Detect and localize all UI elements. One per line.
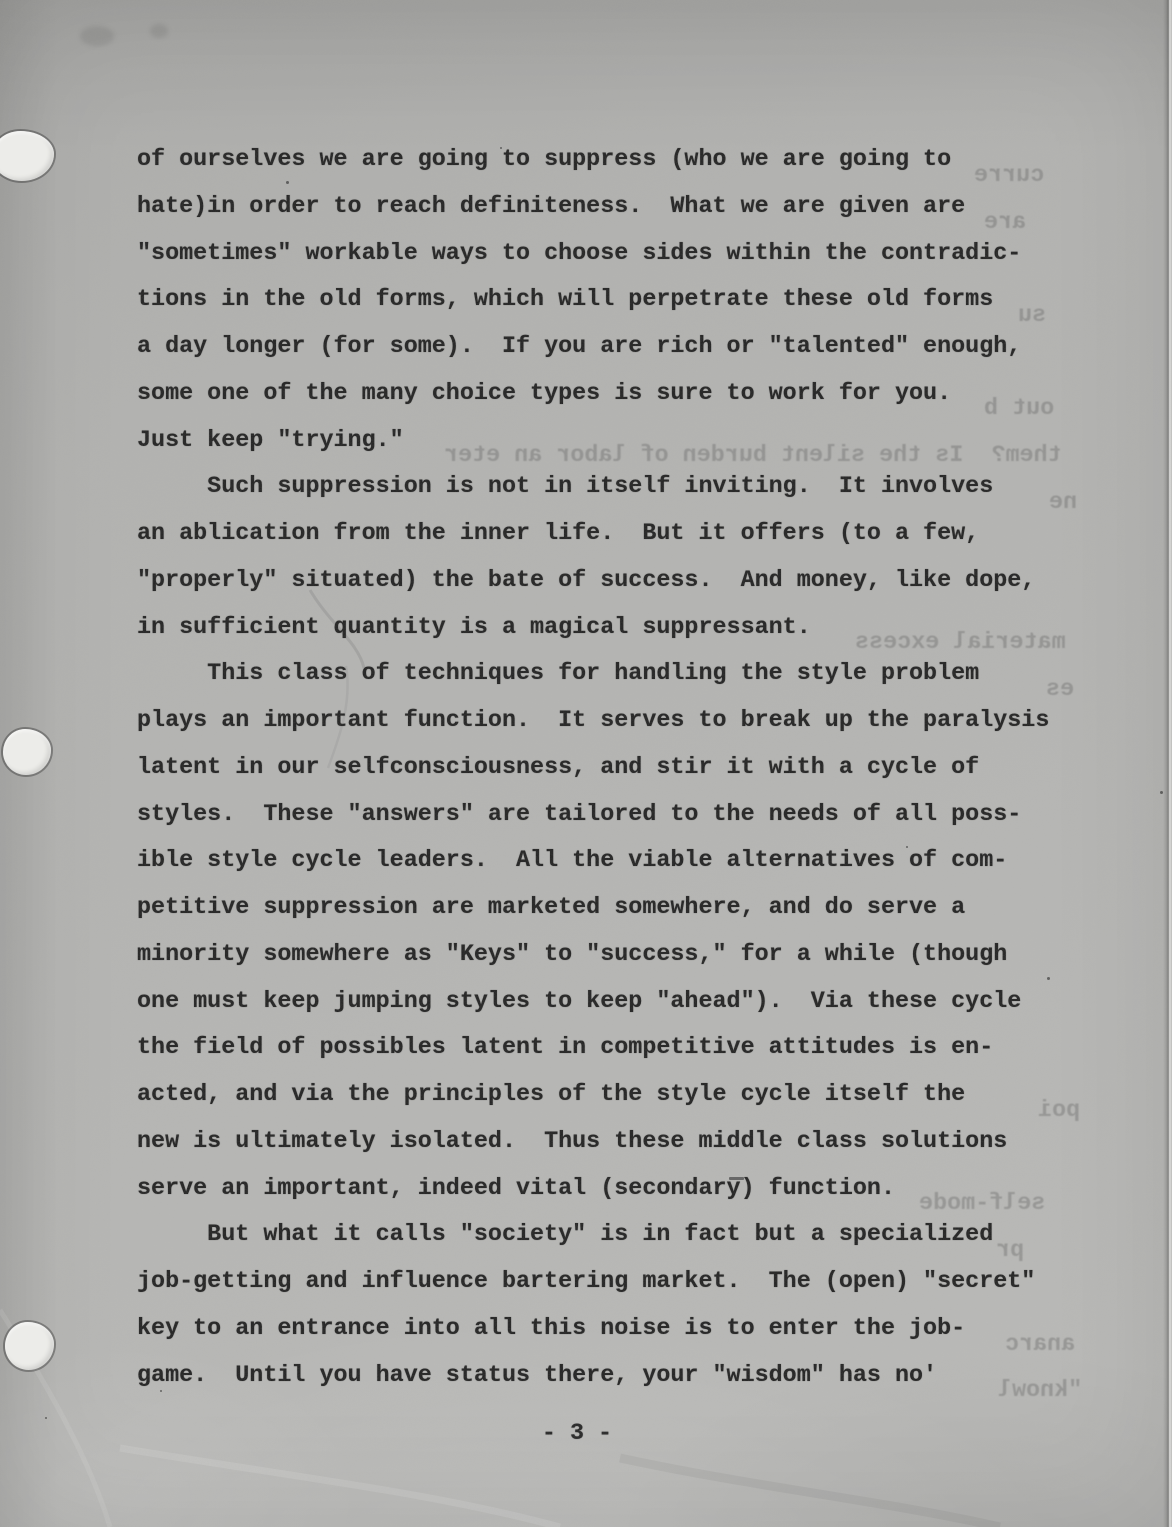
page-number: - 3 - [137, 1411, 1017, 1458]
typescript-line: petitive suppression are marketed somewh… [137, 885, 1097, 932]
typescript-line: Such suppression is not in itself inviti… [137, 464, 1097, 511]
typescript-line: Just keep "trying." [137, 418, 1097, 465]
ink-speck [906, 846, 908, 848]
typescript-line: of ourselves we are going to suppress (w… [137, 137, 1097, 184]
scanned-document-page: { "document": { "kind": "typewritten man… [0, 0, 1172, 1527]
typescript-line: styles. These "answers" are tailored to … [137, 792, 1097, 839]
typescript-line: acted, and via the principles of the sty… [137, 1072, 1097, 1119]
typescript-line: job-getting and influence bartering mark… [137, 1259, 1097, 1306]
typescript-line: "sometimes" workable ways to choose side… [137, 231, 1097, 278]
typescript-line: ible style cycle leaders. All the viable… [137, 838, 1097, 885]
ink-speck [286, 181, 289, 184]
typescript-line: an ablication from the inner life. But i… [137, 511, 1097, 558]
ink-speck [1160, 791, 1163, 794]
page-right-edge [1163, 0, 1172, 1527]
typescript-line: hate)in order to reach definiteness. Wha… [137, 184, 1097, 231]
typescript-line: "properly" situated) the bate of success… [137, 558, 1097, 605]
strikeover-mark [729, 1177, 744, 1180]
typescript-line: game. Until you have status there, your … [137, 1353, 1097, 1400]
typescript-line: latent in our selfconsciousness, and sti… [137, 745, 1097, 792]
typescript-line: tions in the old forms, which will perpe… [137, 277, 1097, 324]
pencil-smudge [80, 26, 114, 46]
pencil-smudge [150, 24, 168, 38]
typescript-line: key to an entrance into all this noise i… [137, 1306, 1097, 1353]
typed-text-block: of ourselves we are going to suppress (w… [137, 137, 1097, 1399]
ink-speck [1047, 977, 1050, 980]
typescript-line: This class of techniques for handling th… [137, 651, 1097, 698]
typescript-line: new is ultimately isolated. Thus these m… [137, 1119, 1097, 1166]
typescript-line: plays an important function. It serves t… [137, 698, 1097, 745]
typescript-line: a day longer (for some). If you are rich… [137, 324, 1097, 371]
typescript-line: But what it calls "society" is in fact b… [137, 1212, 1097, 1259]
typescript-line: serve an important, indeed vital (second… [137, 1166, 1097, 1213]
ink-speck [45, 1417, 47, 1419]
ink-speck [160, 1390, 162, 1392]
typescript-line: some one of the many choice types is sur… [137, 371, 1097, 418]
ink-speck [500, 147, 502, 149]
typescript-line: the field of possibles latent in competi… [137, 1025, 1097, 1072]
typescript-line: minority somewhere as "Keys" to "success… [137, 932, 1097, 979]
typescript-line: in sufficient quantity is a magical supp… [137, 605, 1097, 652]
typescript-line: one must keep jumping styles to keep "ah… [137, 979, 1097, 1026]
